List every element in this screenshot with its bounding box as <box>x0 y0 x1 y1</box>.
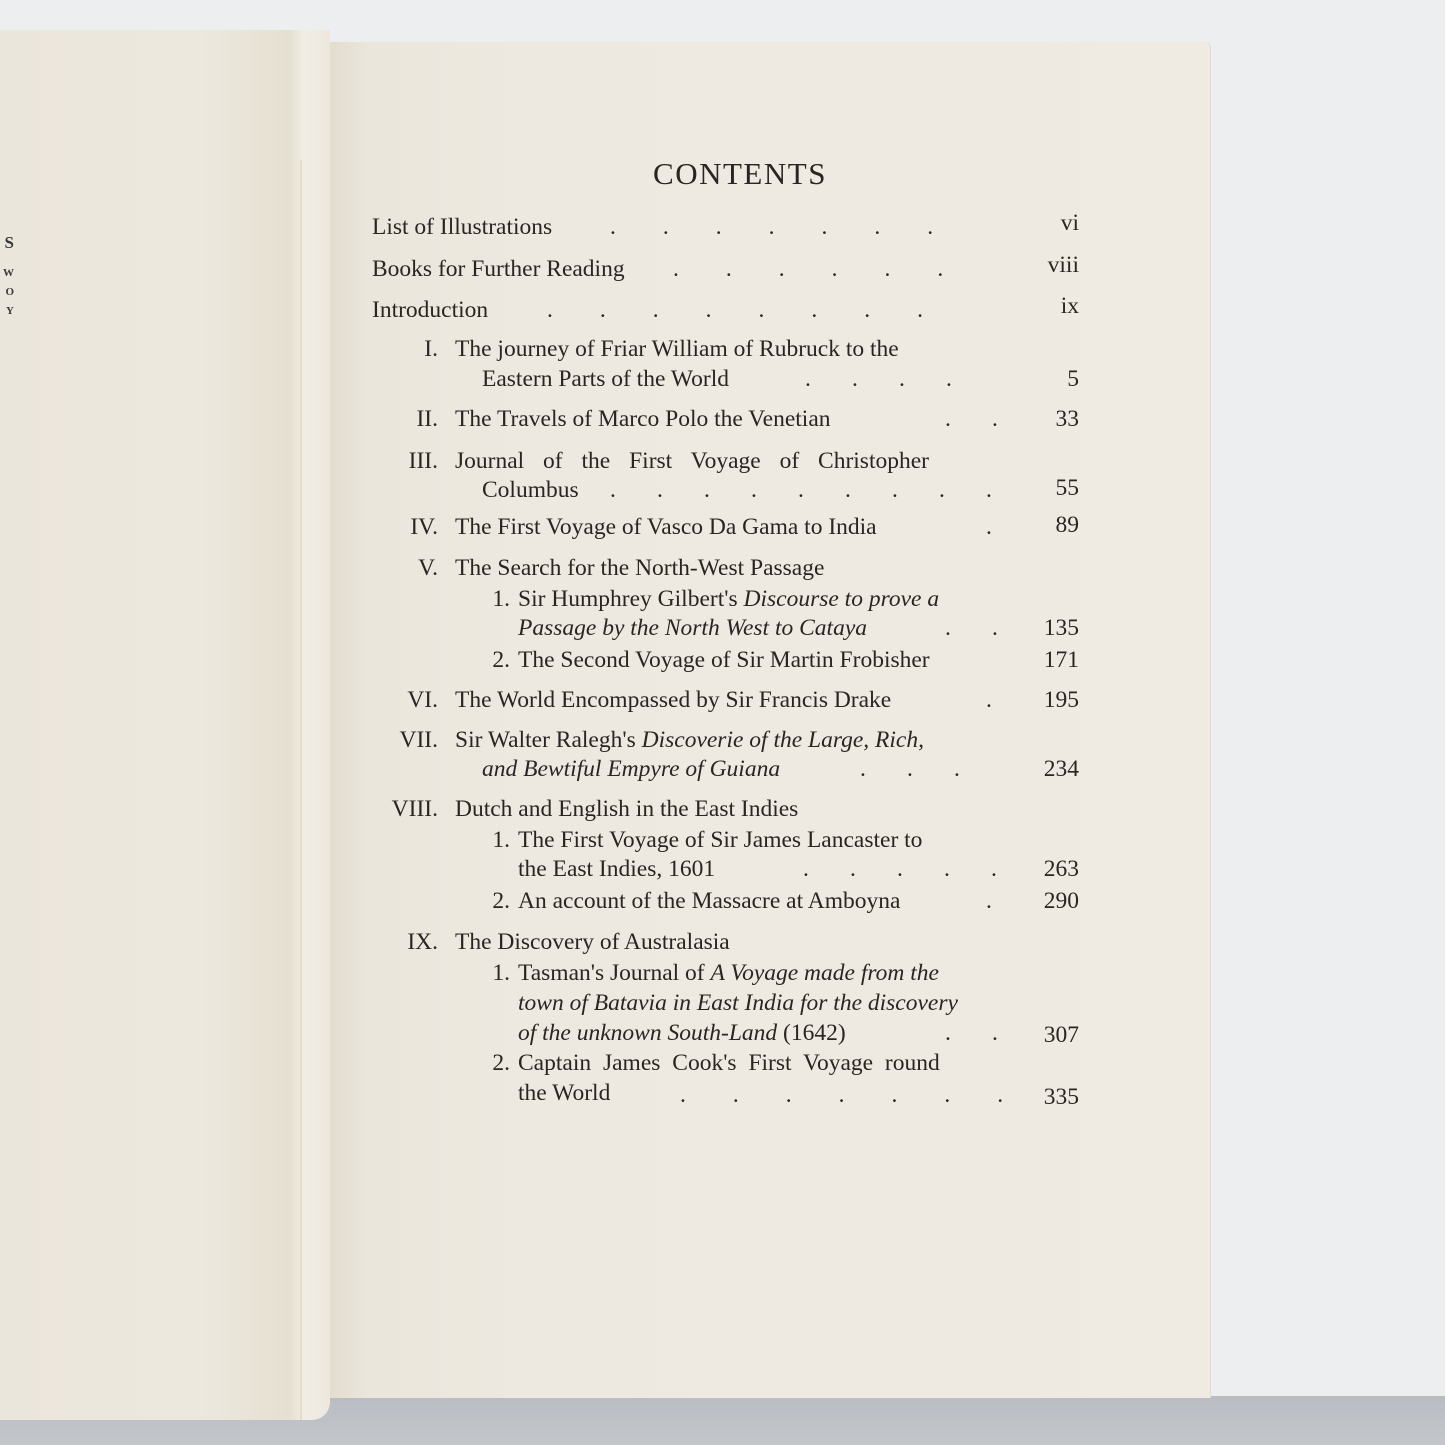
section-numeral: 1. <box>492 584 510 614</box>
page-number: 195 <box>1044 685 1079 715</box>
chapter-numeral: V. <box>418 553 438 583</box>
entry-label: Eastern Parts of the World <box>482 364 729 394</box>
entry-italic-title: town of Batavia in East India for the di… <box>518 988 958 1018</box>
entry-label: The Travels of Marco Polo the Venetian <box>455 404 831 434</box>
entry-label: Journal of the First Voyage of Christoph… <box>455 446 929 476</box>
entry-label: List of Illustrations <box>372 212 552 242</box>
leader-dots: . . <box>945 404 998 434</box>
entry-label: The World Encompassed by Sir Francis Dra… <box>455 685 891 715</box>
entry-label: The Search for the North-West Passage <box>455 553 824 583</box>
leader-dots: . <box>986 512 992 542</box>
entry-label: Tasman's Journal of <box>518 960 705 986</box>
leader-dots: . . . . . . <box>673 254 943 284</box>
entry-label: Books for Further Reading <box>372 254 625 284</box>
entry-italic-title: Discourse to prove a <box>744 586 940 612</box>
entry-label: The Discovery of Australasia <box>455 927 730 957</box>
section-numeral: 2. <box>492 1048 510 1078</box>
leader-dots: . . . <box>860 754 960 784</box>
page-number: 135 <box>1044 613 1079 643</box>
leader-dots: . . . . . . . . <box>547 295 923 325</box>
leader-dots: . . . . . . . <box>610 212 933 242</box>
page-number: 335 <box>1044 1082 1079 1112</box>
entry-label: The First Voyage of Sir James Lancaster … <box>518 825 922 855</box>
entry-year: (1642) <box>783 1020 846 1046</box>
leader-dots: . . <box>945 1018 998 1048</box>
entry-label: The journey of Friar William of Rubruck … <box>455 334 899 364</box>
entry-label: Captain James Cook's First Voyage round <box>518 1048 940 1078</box>
chapter-numeral: III. <box>409 446 438 476</box>
leader-dots: . . . . . <box>803 854 997 884</box>
page-number: 234 <box>1044 754 1079 784</box>
section-numeral: 2. <box>492 645 510 675</box>
entry-label: The Second Voyage of Sir Martin Frobishe… <box>518 645 930 675</box>
entry-label: An account of the Massacre at Amboyna <box>518 886 900 916</box>
page-number: vi <box>1061 208 1079 238</box>
entry-italic-title: of the unknown South-Land <box>518 1020 777 1046</box>
entry-italic-title: and Bewtiful Empyre of Guiana <box>482 754 780 784</box>
leader-dots: . . . . . . . <box>680 1080 1003 1110</box>
page-number: ix <box>1061 291 1079 321</box>
entry-italic-title: Passage by the North West to Cataya <box>518 613 867 643</box>
chapter-numeral: VIII. <box>392 794 438 824</box>
chapter-numeral: II. <box>416 404 438 434</box>
page-number: 33 <box>1056 404 1080 434</box>
page-number: 89 <box>1056 510 1080 540</box>
chapter-numeral: VII. <box>400 725 439 755</box>
entry-label: the World <box>518 1078 610 1108</box>
leader-dots: . . . . . . . . . <box>610 475 992 505</box>
page-number: viii <box>1048 250 1079 280</box>
page-number: 263 <box>1044 854 1079 884</box>
chapter-numeral: I. <box>424 334 438 364</box>
chapter-numeral: IV. <box>410 512 438 542</box>
page-number: 55 <box>1056 473 1080 503</box>
leader-dots: . <box>986 886 992 916</box>
page-number: 307 <box>1044 1020 1079 1050</box>
section-numeral: 1. <box>492 958 510 988</box>
section-numeral: 2. <box>492 886 510 916</box>
entry-label: Sir Walter Ralegh's <box>455 727 636 753</box>
table-of-contents: List of Illustrations . . . . . . . vi B… <box>0 0 1445 1445</box>
entry-label: Columbus <box>482 475 579 505</box>
chapter-numeral: VI. <box>407 685 438 715</box>
entry-label: The First Voyage of Vasco Da Gama to Ind… <box>455 512 877 542</box>
leader-dots: . <box>986 685 992 715</box>
entry-label: the East Indies, 1601 <box>518 854 715 884</box>
leader-dots: . . . . <box>805 364 952 394</box>
leader-dots: . . <box>945 613 998 643</box>
section-numeral: 1. <box>492 825 510 855</box>
chapter-numeral: IX. <box>407 927 438 957</box>
entry-label: Sir Humphrey Gilbert's <box>518 586 738 612</box>
entry-label: Dutch and English in the East Indies <box>455 794 798 824</box>
entry-italic-title: Discoverie of the Large, Rich, <box>642 727 924 753</box>
page-number: 290 <box>1044 886 1079 916</box>
page-number: 171 <box>1044 645 1079 675</box>
entry-label: Introduction <box>372 295 488 325</box>
page-number: 5 <box>1067 364 1079 394</box>
entry-italic-title: A Voyage made from the <box>711 960 939 986</box>
